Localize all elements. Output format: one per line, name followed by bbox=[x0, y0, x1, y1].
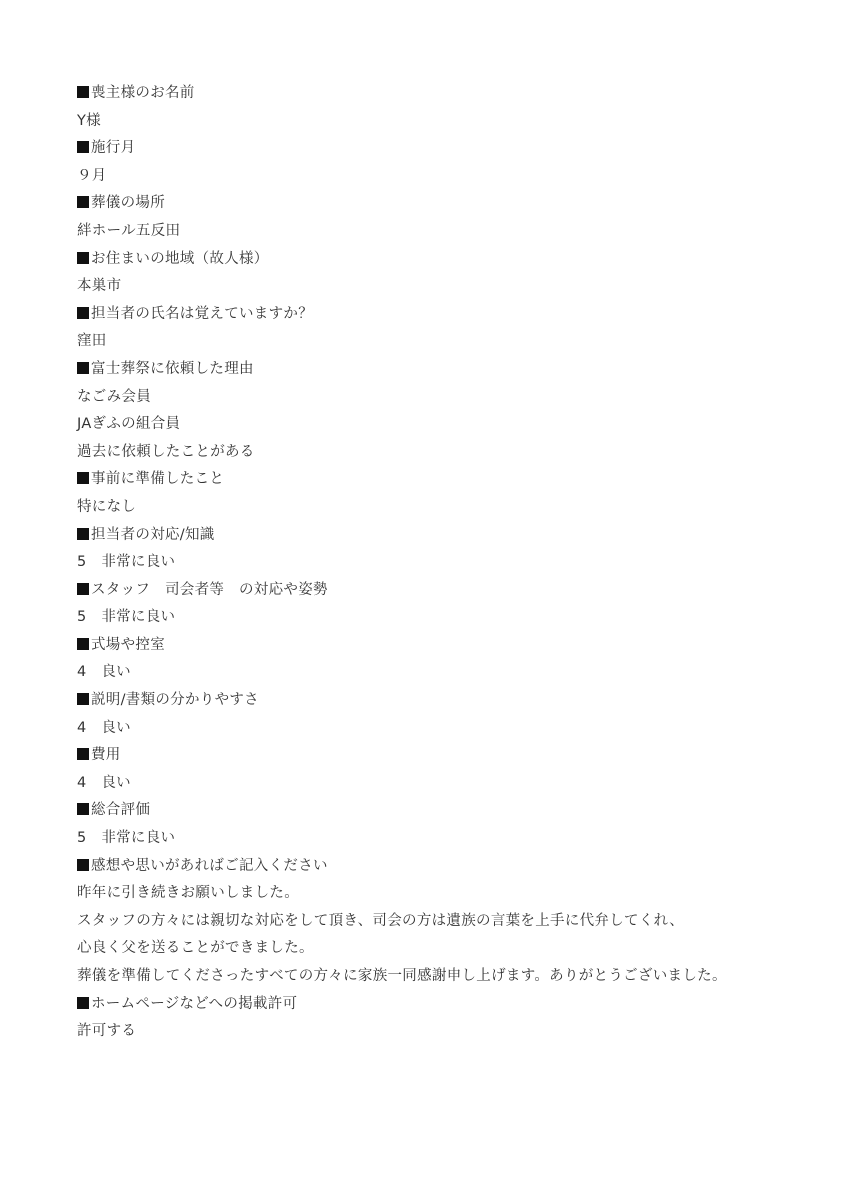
square-bullet-icon bbox=[77, 528, 89, 540]
value-staff-attitude: 5 非常に良い bbox=[77, 604, 817, 632]
value-month: ９月 bbox=[77, 163, 817, 191]
square-bullet-icon bbox=[77, 583, 89, 595]
square-bullet-icon bbox=[77, 748, 89, 760]
heading-text: 総合評価 bbox=[91, 802, 150, 818]
heading-text: 担当者の対応/知識 bbox=[91, 527, 215, 543]
heading-text: 説明/書類の分かりやすさ bbox=[91, 692, 259, 708]
heading-text: 費用 bbox=[91, 747, 121, 763]
section-heading-cost: 費用 bbox=[77, 742, 817, 770]
value-chief-mourner-name: Y様 bbox=[77, 108, 817, 136]
value-reason-1: なごみ会員 bbox=[77, 384, 817, 412]
heading-text: 事前に準備したこと bbox=[91, 471, 224, 487]
value-comment-1: 昨年に引き続きお願いしました。 bbox=[77, 880, 817, 908]
section-heading-comments: 感想や思いがあればご記入ください bbox=[77, 853, 817, 881]
section-heading-month: 施行月 bbox=[77, 135, 817, 163]
square-bullet-icon bbox=[77, 693, 89, 705]
square-bullet-icon bbox=[77, 252, 89, 264]
value-comment-3: 心良く父を送ることができました。 bbox=[77, 935, 817, 963]
square-bullet-icon bbox=[77, 362, 89, 374]
heading-text: 式場や控室 bbox=[91, 637, 165, 653]
square-bullet-icon bbox=[77, 307, 89, 319]
value-hall: 4 良い bbox=[77, 659, 817, 687]
heading-text: 喪主様のお名前 bbox=[91, 85, 195, 101]
value-cost: 4 良い bbox=[77, 770, 817, 798]
value-overall: 5 非常に良い bbox=[77, 825, 817, 853]
section-heading-overall: 総合評価 bbox=[77, 797, 817, 825]
value-publication-permission: 許可する bbox=[77, 1018, 817, 1046]
value-staff-name: 窪田 bbox=[77, 328, 817, 356]
value-comment-2: スタッフの方々には親切な対応をして頂き、司会の方は遺族の言葉を上手に代弁してくれ… bbox=[77, 908, 817, 936]
heading-text: 富士葬祭に依頼した理由 bbox=[91, 361, 254, 377]
section-heading-hall: 式場や控室 bbox=[77, 632, 817, 660]
section-heading-chief-mourner-name: 喪主様のお名前 bbox=[77, 80, 817, 108]
section-heading-residence: お住まいの地域（故人様） bbox=[77, 246, 817, 274]
square-bullet-icon bbox=[77, 472, 89, 484]
section-heading-venue: 葬儀の場所 bbox=[77, 190, 817, 218]
square-bullet-icon bbox=[77, 803, 89, 815]
section-heading-preparation: 事前に準備したこと bbox=[77, 466, 817, 494]
square-bullet-icon bbox=[77, 141, 89, 153]
square-bullet-icon bbox=[77, 86, 89, 98]
square-bullet-icon bbox=[77, 638, 89, 650]
square-bullet-icon bbox=[77, 997, 89, 1009]
value-residence: 本巣市 bbox=[77, 273, 817, 301]
value-venue: 絆ホール五反田 bbox=[77, 218, 817, 246]
heading-text: ホームページなどへの掲載許可 bbox=[91, 996, 297, 1012]
heading-text: 感想や思いがあればご記入ください bbox=[91, 858, 328, 874]
value-reason-2: JAぎふの組合員 bbox=[77, 411, 817, 439]
square-bullet-icon bbox=[77, 196, 89, 208]
heading-text: 施行月 bbox=[91, 140, 135, 156]
section-heading-clarity: 説明/書類の分かりやすさ bbox=[77, 687, 817, 715]
section-heading-staff-knowledge: 担当者の対応/知識 bbox=[77, 522, 817, 550]
square-bullet-icon bbox=[77, 859, 89, 871]
section-heading-staff-attitude: スタッフ 司会者等 の対応や姿勢 bbox=[77, 577, 817, 605]
section-heading-staff-name: 担当者の氏名は覚えていますか？ bbox=[77, 301, 817, 329]
section-heading-publication-permission: ホームページなどへの掲載許可 bbox=[77, 991, 817, 1019]
value-staff-knowledge: 5 非常に良い bbox=[77, 549, 817, 577]
heading-text: お住まいの地域（故人様） bbox=[91, 251, 269, 267]
value-reason-3: 過去に依頼したことがある bbox=[77, 439, 817, 467]
value-clarity: 4 良い bbox=[77, 715, 817, 743]
value-comment-4: 葬儀を準備してくださったすべての方々に家族一同感謝申し上げます。ありがとうござい… bbox=[77, 963, 817, 991]
value-preparation: 特になし bbox=[77, 494, 817, 522]
heading-text: 葬儀の場所 bbox=[91, 195, 165, 211]
heading-text: 担当者の氏名は覚えていますか？ bbox=[91, 306, 313, 322]
section-heading-reason: 富士葬祭に依頼した理由 bbox=[77, 356, 817, 384]
heading-text: スタッフ 司会者等 の対応や姿勢 bbox=[91, 582, 328, 598]
survey-document: 喪主様のお名前 Y様 施行月 ９月 葬儀の場所 絆ホール五反田 お住まいの地域（… bbox=[77, 80, 817, 1046]
